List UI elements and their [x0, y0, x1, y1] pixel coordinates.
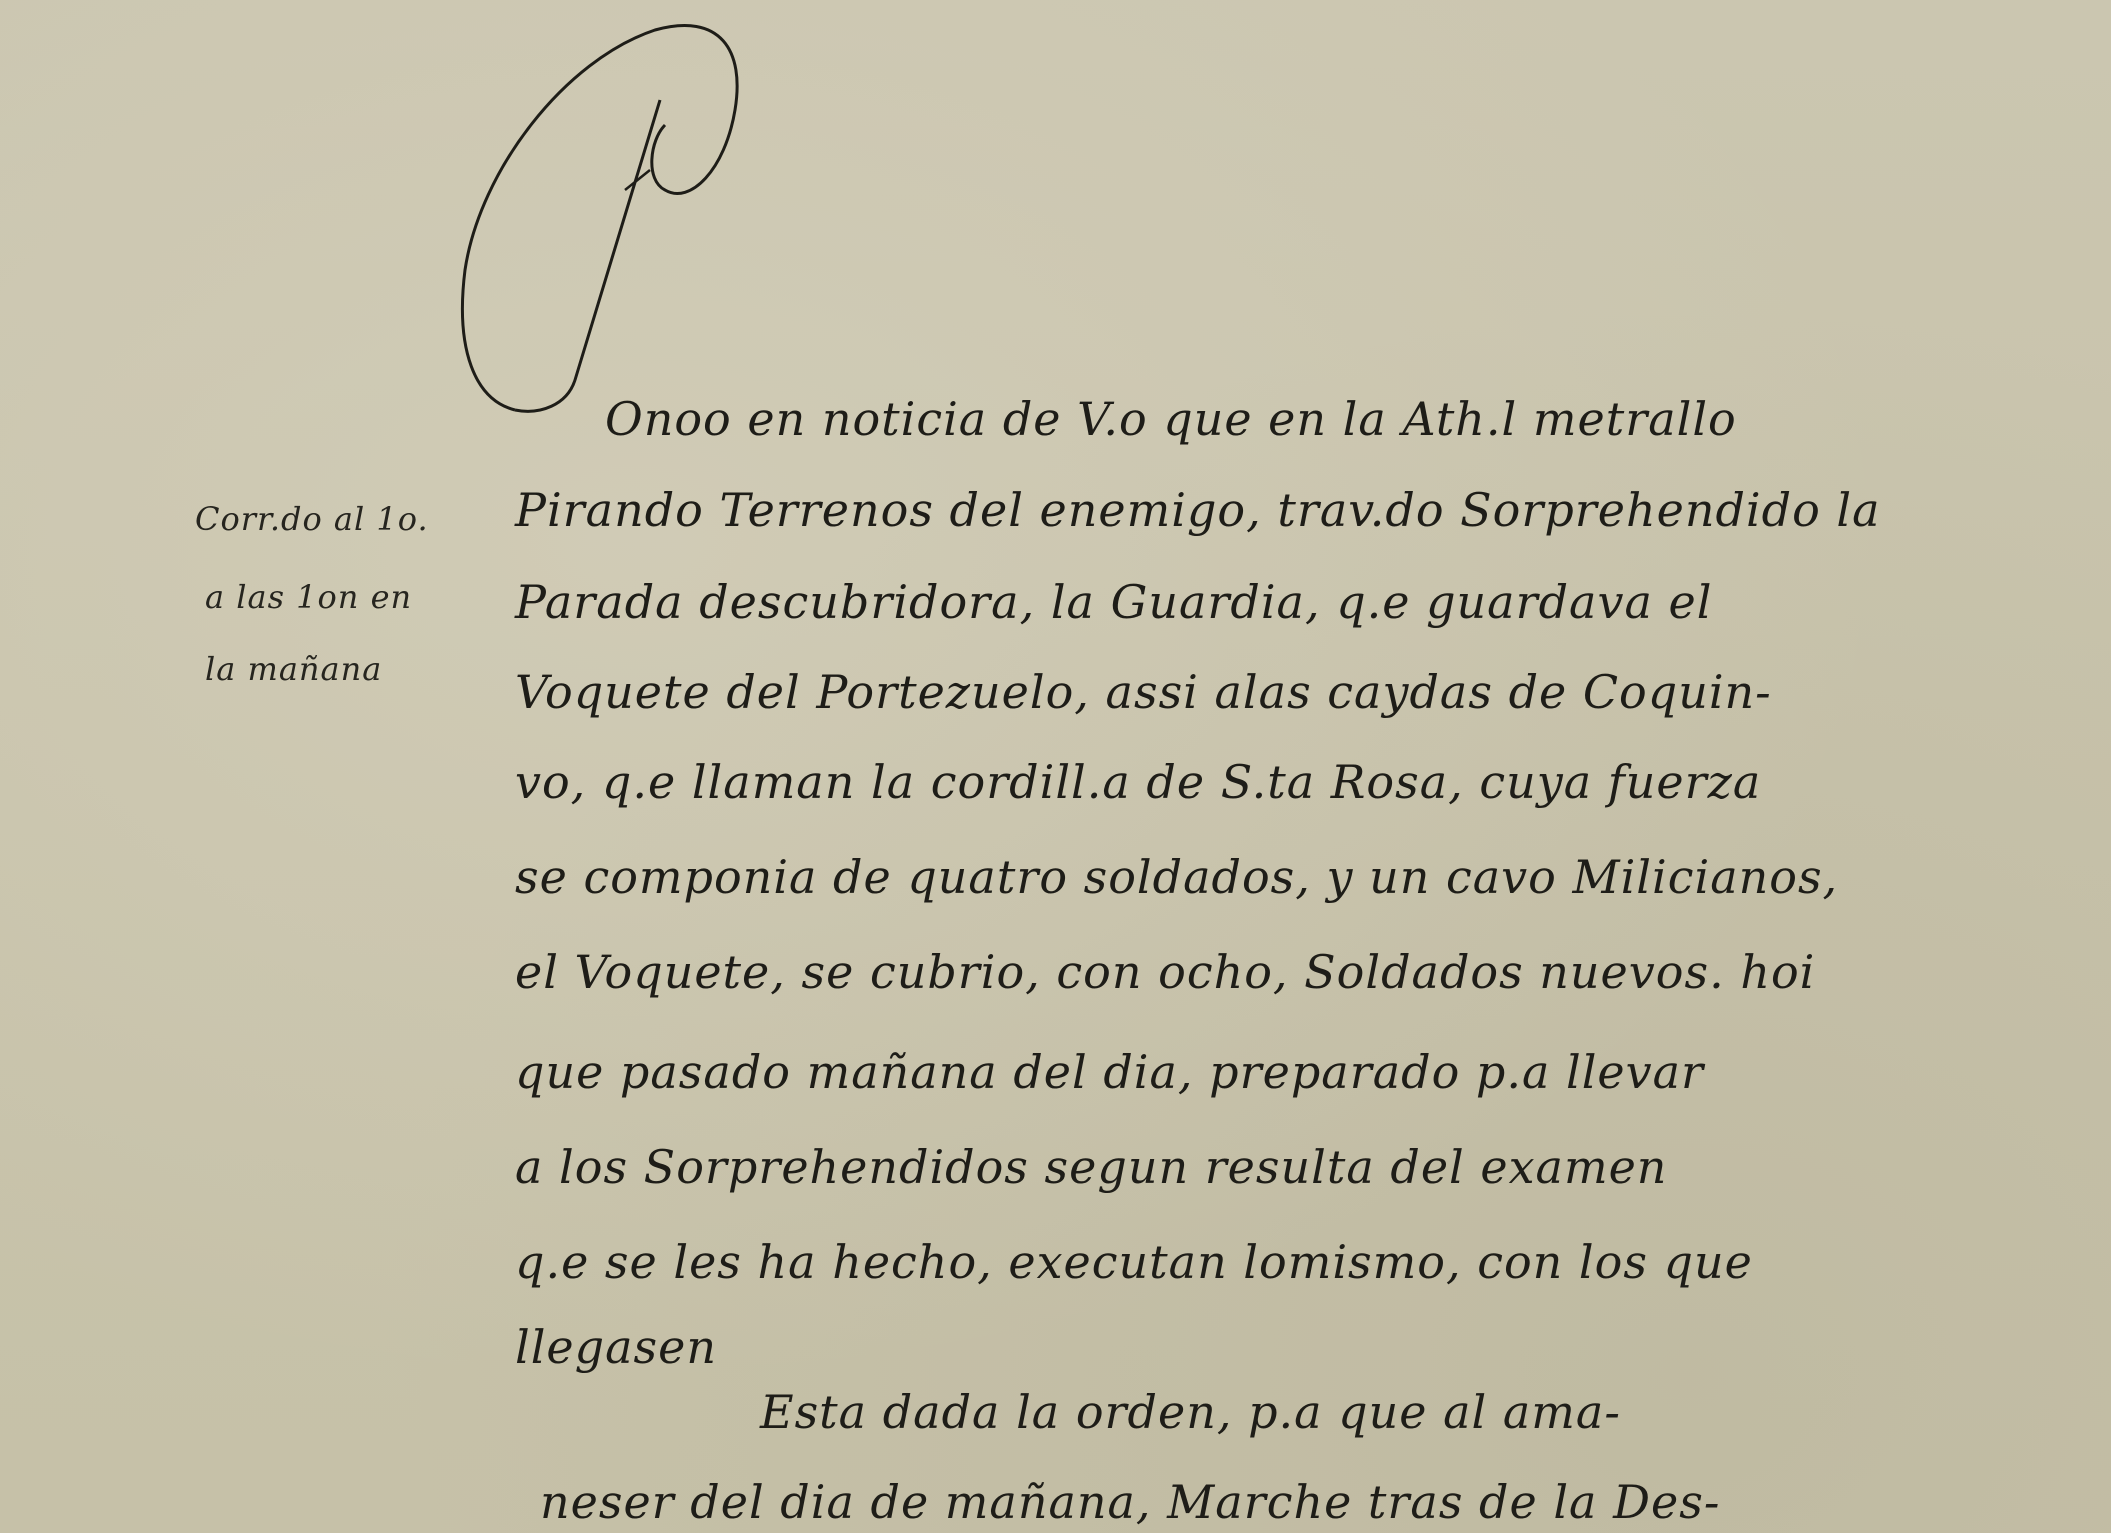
- margin-note-line-3: la mañana: [205, 650, 382, 688]
- body-line-7: el Voquete, se cubrio, con ocho, Soldado…: [515, 945, 1815, 999]
- body-line-6: se componia de quatro soldados, y un cav…: [515, 850, 1838, 904]
- body-line-1: Onoo en noticia de V.o que en la Ath.l m…: [605, 392, 1737, 446]
- margin-note-line-2: a las 1on en: [205, 578, 412, 616]
- body-line-5: vo, q.e llaman la cordill.a de S.ta Rosa…: [515, 755, 1761, 809]
- margin-note-line-1: Corr.do al 1o.: [195, 500, 429, 538]
- body-line-3: Parada descubridora, la Guardia, q.e gua…: [515, 575, 1712, 629]
- body-line-2: Pirando Terrenos del enemigo, trav.do So…: [515, 483, 1881, 537]
- body-line-12: Esta dada la orden, p.a que al ama-: [760, 1385, 1621, 1439]
- body-line-4: Voquete del Portezuelo, assi alas caydas…: [515, 665, 1772, 719]
- decorative-initial-p: [455, 20, 895, 440]
- manuscript-page: Corr.do al 1o. a las 1on en la mañana On…: [0, 0, 2111, 1533]
- body-line-11: llegasen: [515, 1320, 717, 1374]
- body-line-10: q.e se les ha hecho, executan lomismo, c…: [515, 1235, 1753, 1289]
- body-line-8: que pasado mañana del dia, preparado p.a…: [515, 1045, 1704, 1099]
- body-line-13: neser del dia de mañana, Marche tras de …: [540, 1475, 1720, 1529]
- body-line-9: a los Sorprehendidos segun resulta del e…: [515, 1140, 1667, 1194]
